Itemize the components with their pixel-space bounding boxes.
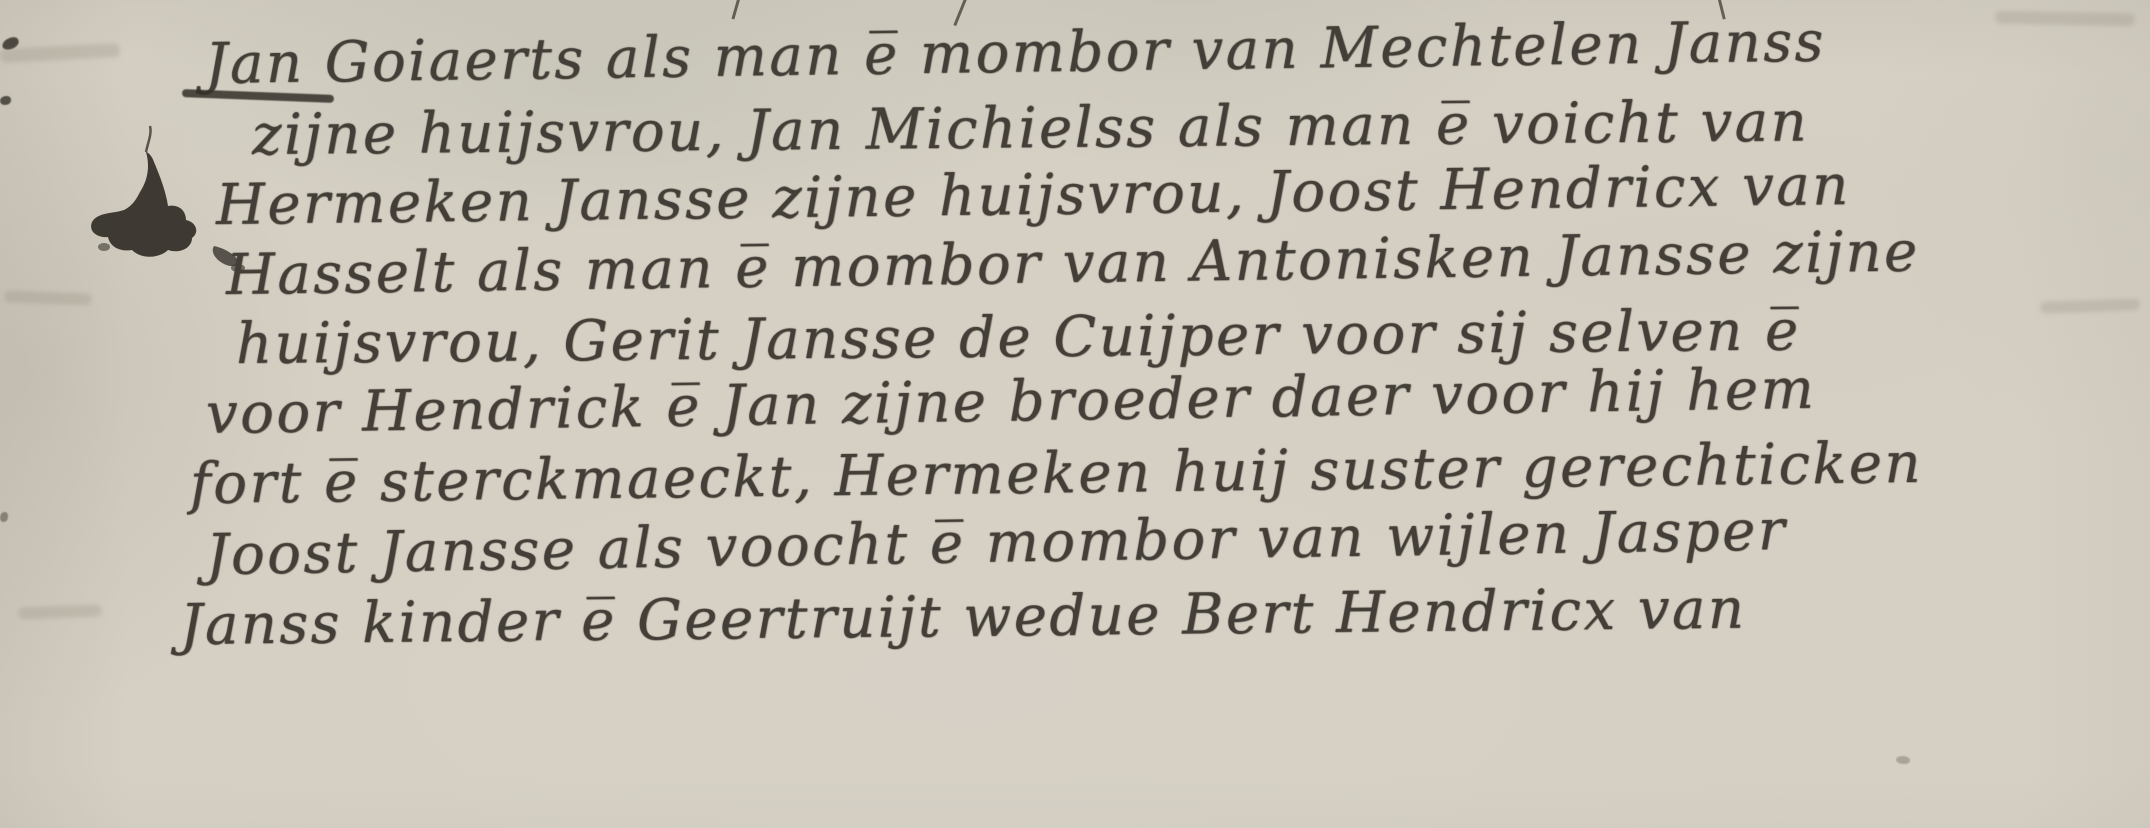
bleedthrough-mark (1995, 11, 2135, 26)
manuscript-page: Jan Goiaerts als man e̅ mombor van Mecht… (0, 0, 2150, 828)
